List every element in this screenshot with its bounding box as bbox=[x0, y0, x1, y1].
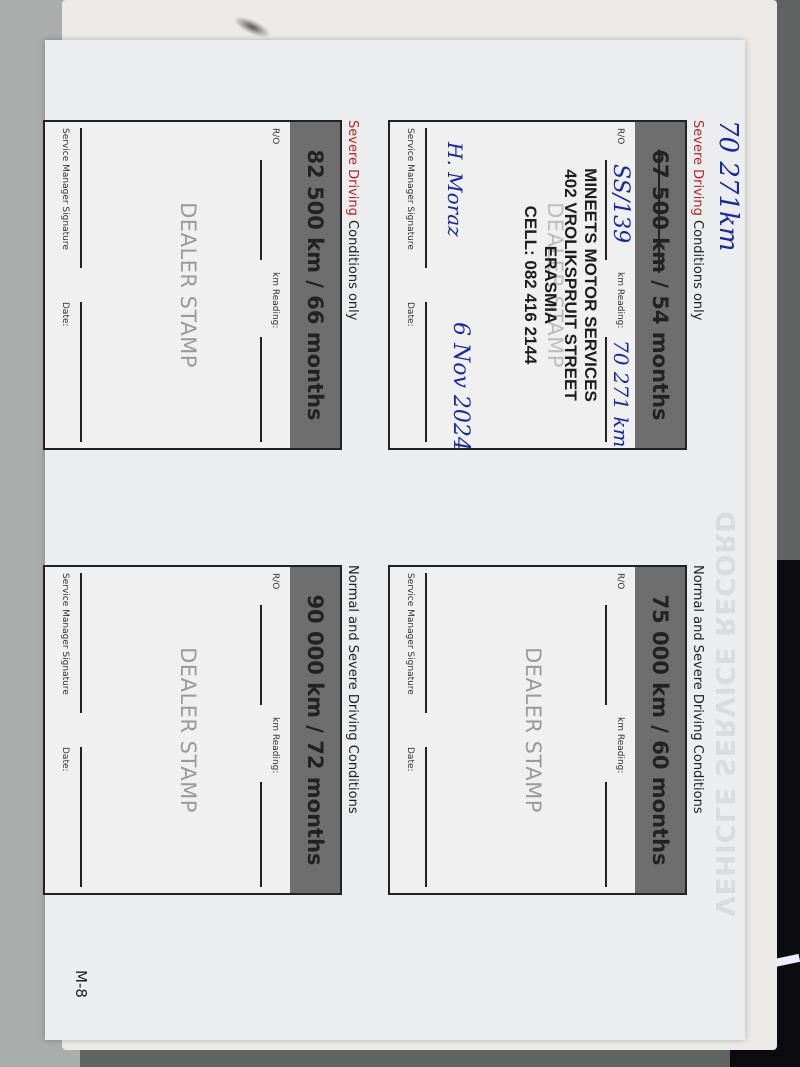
km-line[interactable] bbox=[605, 782, 607, 887]
ro-line[interactable] bbox=[605, 605, 607, 705]
ro-label: R/O bbox=[615, 128, 625, 144]
date-label: Date: bbox=[60, 302, 70, 327]
service-box: 75 000 km / 60 months R/O km Reading: DE… bbox=[388, 565, 687, 895]
km-line[interactable] bbox=[260, 337, 262, 442]
interval-header: 82 500 km / 66 months bbox=[290, 122, 340, 448]
signature-label: Service Manager Signature bbox=[60, 573, 70, 695]
km-reading-label: km Reading: bbox=[615, 272, 625, 328]
service-block-75000: Normal and Severe Driving Conditions 75 … bbox=[388, 565, 705, 895]
handwritten-km-note: 70 271km bbox=[713, 120, 743, 251]
signature-label: Service Manager Signature bbox=[405, 573, 415, 695]
signature-line[interactable] bbox=[425, 573, 427, 713]
signature-value[interactable]: H. Moraz bbox=[443, 142, 467, 237]
date-line bbox=[425, 302, 427, 442]
km-reading-label: km Reading: bbox=[270, 272, 280, 328]
km-line[interactable] bbox=[260, 782, 262, 887]
signature-line bbox=[425, 128, 427, 268]
date-line[interactable] bbox=[80, 302, 82, 442]
service-box: 90 000 km / 72 months R/O km Reading: DE… bbox=[43, 565, 342, 895]
bleed-through-title: VEHICLE SERVICE RECORD bbox=[709, 510, 739, 917]
ro-line bbox=[605, 160, 607, 260]
dealer-stamp-label: DEALER STAMP bbox=[176, 567, 200, 893]
service-box: 82 500 km / 66 months R/O km Reading: DE… bbox=[43, 120, 342, 450]
date-label: Date: bbox=[405, 747, 415, 772]
signature-label: Service Manager Signature bbox=[405, 128, 415, 250]
interval-header: 90 000 km / 72 months bbox=[290, 567, 340, 893]
date-line[interactable] bbox=[425, 747, 427, 887]
date-label: Date: bbox=[60, 747, 70, 772]
ro-line[interactable] bbox=[260, 605, 262, 705]
dealer-stamp-label: DEALER STAMP bbox=[521, 567, 545, 893]
service-block-67500: 70 271km Severe Driving Conditions only … bbox=[388, 120, 705, 450]
service-block-90000: Normal and Severe Driving Conditions 90 … bbox=[43, 565, 360, 895]
ro-value[interactable]: SS/139 bbox=[608, 164, 633, 243]
condition-label: Normal and Severe Driving Conditions bbox=[687, 565, 705, 895]
ro-label: R/O bbox=[615, 573, 625, 589]
condition-label: Normal and Severe Driving Conditions bbox=[342, 565, 360, 895]
signature-line[interactable] bbox=[80, 128, 82, 268]
dealer-stamp-imprint: MINEETS MOTOR SERVICES 402 VROLIKSPRUIT … bbox=[520, 122, 600, 448]
km-reading-label: km Reading: bbox=[270, 717, 280, 773]
km-value[interactable]: 70 271 km bbox=[609, 340, 633, 447]
date-line[interactable] bbox=[80, 747, 82, 887]
ro-label: R/O bbox=[270, 128, 280, 144]
service-block-82500: Severe Driving Conditions only 82 500 km… bbox=[43, 120, 360, 450]
km-line bbox=[605, 337, 607, 442]
page-number: M-8 bbox=[72, 970, 90, 998]
date-label: Date: bbox=[405, 302, 415, 327]
ro-label: R/O bbox=[270, 573, 280, 589]
ro-line[interactable] bbox=[260, 160, 262, 260]
interval-header: 75 000 km / 60 months bbox=[635, 567, 685, 893]
interval-header: 67 500 km / 54 months bbox=[635, 122, 685, 448]
service-box: 67 500 km / 54 months R/O SS/139 km Read… bbox=[388, 120, 687, 450]
condition-label: Severe Driving Conditions only bbox=[687, 120, 705, 450]
km-reading-label: km Reading: bbox=[615, 717, 625, 773]
dealer-stamp-label: DEALER STAMP bbox=[176, 122, 200, 448]
signature-line[interactable] bbox=[80, 573, 82, 713]
service-record-page: VEHICLE SERVICE RECORD M-8 70 271km Seve… bbox=[45, 40, 745, 1040]
date-value[interactable]: 6 Nov 2024 bbox=[448, 322, 473, 451]
condition-label: Severe Driving Conditions only bbox=[342, 120, 360, 450]
signature-label: Service Manager Signature bbox=[60, 128, 70, 250]
